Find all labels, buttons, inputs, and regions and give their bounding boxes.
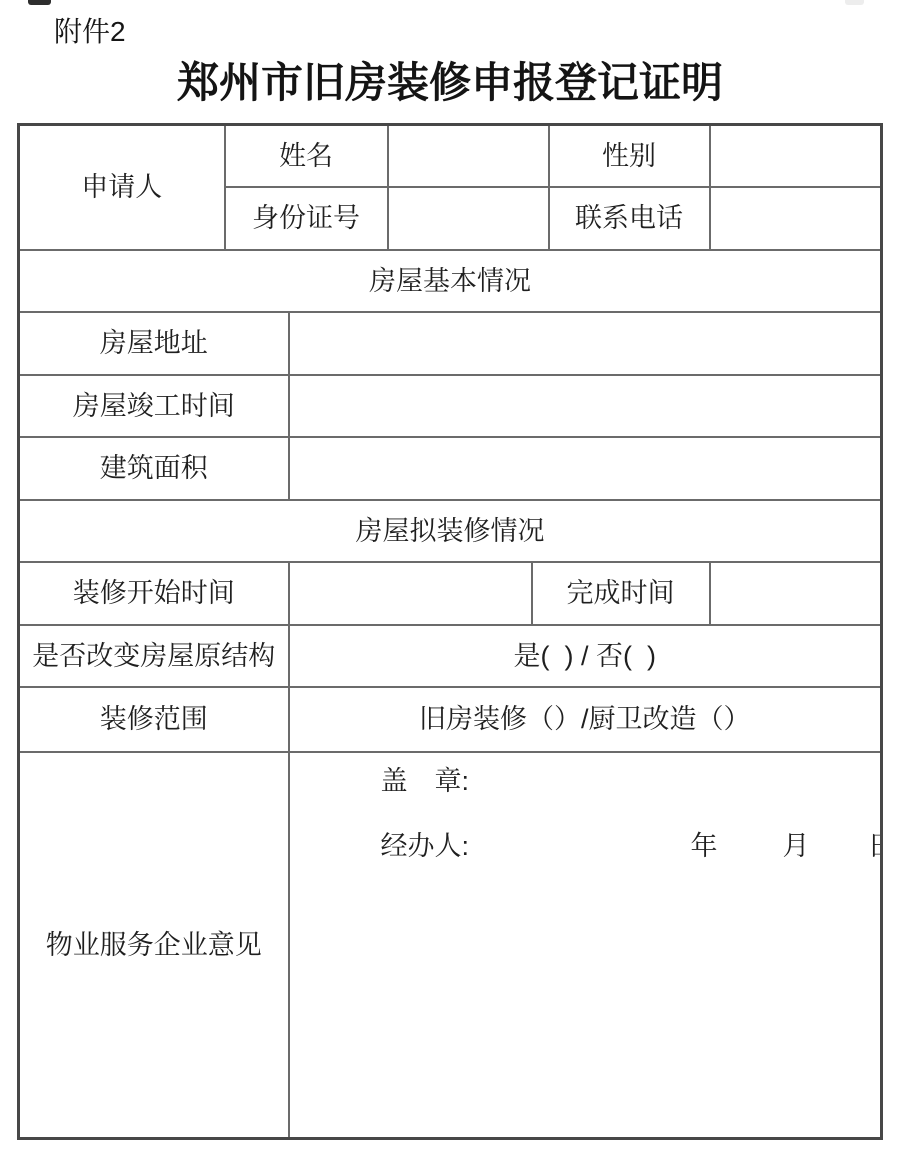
house-section-row: 房屋基本情况: [19, 250, 882, 312]
renovation-section-row: 房屋拟装修情况: [19, 500, 882, 562]
finish-time-value-cell: [710, 562, 882, 625]
house-section-header: 房屋基本情况: [19, 250, 882, 312]
structure-change-label-cell: 是否改变房屋原结构: [19, 625, 289, 687]
gender-value-cell: [710, 125, 882, 187]
scope-row: 装修范围 旧房装修（）/厨卫改造（）: [19, 687, 882, 752]
completion-time-label-cell: 房屋竣工时间: [19, 375, 289, 437]
finish-time-label-cell: 完成时间: [532, 562, 710, 625]
handler-label: 经办人:: [381, 831, 470, 861]
name-label-cell: 姓名: [225, 125, 388, 187]
month-label: 月: [783, 831, 810, 861]
area-label-cell: 建筑面积: [19, 437, 289, 500]
phone-label-cell: 联系电话: [549, 187, 710, 250]
area-row: 建筑面积: [19, 437, 882, 500]
applicant-label-cell: 申请人: [19, 125, 225, 250]
gender-label-cell: 性别: [549, 125, 710, 187]
attachment-label: 附件2: [54, 17, 126, 47]
registration-form-table: 申请人 姓名 性别 身份证号 联系电话 房屋基本情况 房屋地址 房屋竣工时间 建…: [17, 123, 883, 1140]
name-value-cell: [388, 125, 549, 187]
page-title: 郑州市旧房装修申报登记证明: [0, 57, 900, 109]
completion-time-value-cell: [289, 375, 882, 437]
address-label-cell: 房屋地址: [19, 312, 289, 375]
renovation-time-row: 装修开始时间 完成时间: [19, 562, 882, 625]
scope-options-cell: 旧房装修（）/厨卫改造（）: [289, 687, 882, 752]
property-opinion-label-cell: 物业服务企业意见: [19, 752, 289, 1139]
address-row: 房屋地址: [19, 312, 882, 375]
structure-change-options-cell: 是( ) / 否( ): [289, 625, 882, 687]
property-opinion-content-cell: 盖 章: 经办人: 年 月 日: [289, 752, 882, 1139]
top-edge-artifact-right: [845, 0, 864, 5]
phone-value-cell: [710, 187, 882, 250]
applicant-row-1: 申请人 姓名 性别: [19, 125, 882, 187]
scope-label-cell: 装修范围: [19, 687, 289, 752]
property-opinion-row: 物业服务企业意见 盖 章: 经办人: 年 月 日: [19, 752, 882, 1139]
start-time-value-cell: [289, 562, 532, 625]
structure-change-row: 是否改变房屋原结构 是( ) / 否( ): [19, 625, 882, 687]
completion-time-row: 房屋竣工时间: [19, 375, 882, 437]
year-label: 年: [691, 831, 718, 861]
day-label: 日: [868, 831, 882, 861]
top-edge-artifact-left: [28, 0, 51, 5]
id-label-cell: 身份证号: [225, 187, 388, 250]
address-value-cell: [289, 312, 882, 375]
area-value-cell: [289, 437, 882, 500]
start-time-label-cell: 装修开始时间: [19, 562, 289, 625]
id-value-cell: [388, 187, 549, 250]
renovation-section-header: 房屋拟装修情况: [19, 500, 882, 562]
seal-label: 盖 章:: [381, 766, 470, 796]
